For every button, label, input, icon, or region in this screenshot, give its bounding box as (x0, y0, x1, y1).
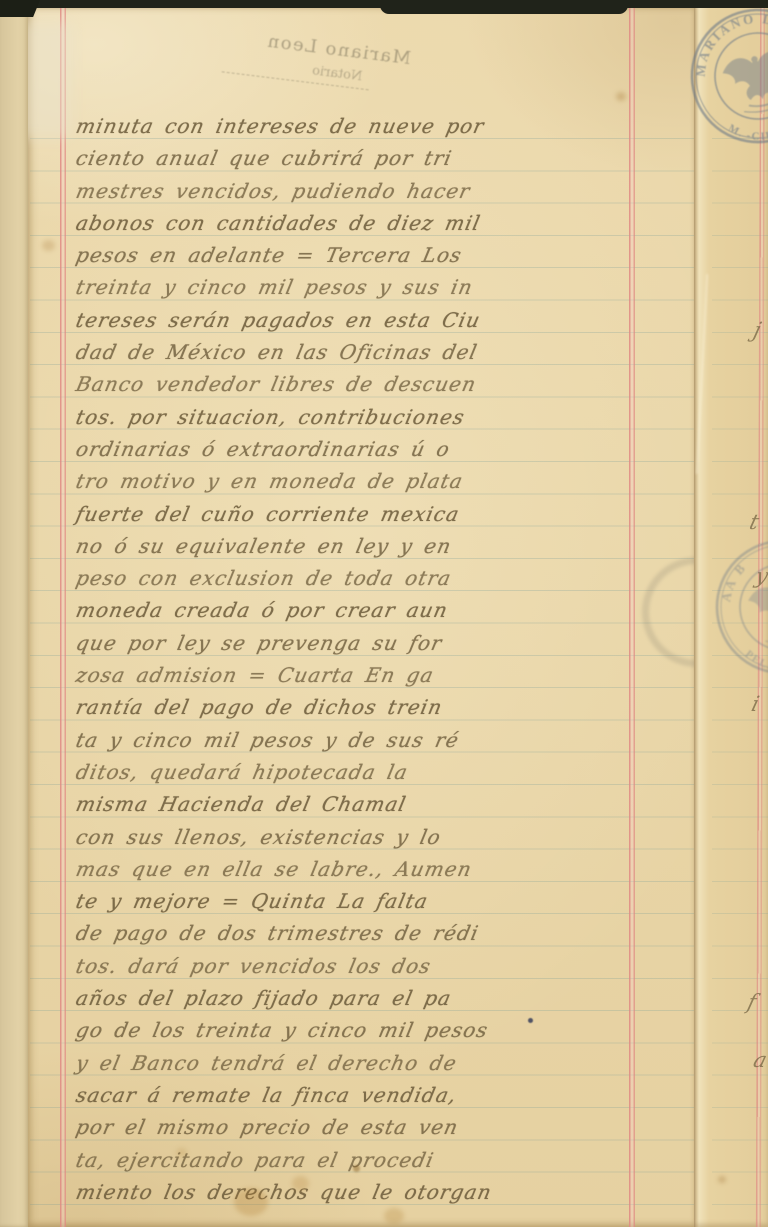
text-line: miento los derechos que le otorgan (72, 1180, 659, 1212)
stain-spot (353, 1165, 360, 1172)
stain-spot (718, 1176, 726, 1183)
text-line: años del plazo fijado para el pa (72, 986, 659, 1018)
text-line: misma Hacienda del Chamal (72, 792, 659, 824)
margin-line-left (60, 8, 67, 1227)
text-line: mas que en ella se labre., Aumen (72, 857, 659, 889)
stain-spot (292, 1176, 309, 1191)
text-line: rantía del pago de dichos trein (72, 695, 659, 727)
stain-spot (42, 240, 55, 251)
text-line: no ó su equivalente en ley y en (72, 534, 659, 566)
text-line: ta y cinco mil pesos y de sus ré (72, 728, 659, 760)
handwritten-text-block: minuta con intereses de nueve por ciento… (72, 114, 652, 1212)
ghost-stamp-text: Mariano Leon Notario (174, 20, 412, 127)
text-line: tos. por situacion, contribuciones (72, 405, 659, 437)
left-page-edge (0, 7, 30, 1227)
text-line: dad de México en las Oficinas del (72, 340, 659, 372)
text-line: tro motivo y en moneda de plata (72, 469, 659, 501)
stain-spot (176, 1148, 187, 1157)
text-line: mestres vencidos, pudiendo hacer (72, 179, 659, 211)
text-line: pesos en adelante = Tercera Los (72, 243, 659, 275)
stain-spot (616, 92, 626, 101)
text-line: ordinarias ó extraordinarias ú o (72, 437, 659, 469)
text-line: treinta y cinco mil pesos y sus in (72, 275, 659, 307)
text-line: ditos, quedará hipotecada la (72, 760, 659, 792)
text-line: sacar á remate la finca vendida, (72, 1083, 659, 1115)
svg-text:M. -CIUDAD: M. -CIUDAD (724, 108, 768, 150)
text-line: peso con exclusion de toda otra (72, 566, 659, 598)
svg-text:AA B: AA B (714, 558, 753, 604)
seal-arc-bottom-text: M. -CIUDAD (724, 108, 768, 150)
text-line: tereses serán pagados en esta Ciu (72, 308, 659, 340)
text-line: ciento anual que cubrirá por tri (72, 146, 659, 178)
text-line: moneda creada ó por crear aun (72, 598, 659, 630)
text-line: tos. dará por vencidos los dos (72, 954, 659, 986)
text-line: go de los treinta y cinco mil pesos (72, 1018, 659, 1050)
text-line: ta, ejercitando para el procedi (72, 1148, 659, 1180)
text-line: te y mejore = Quinta La falta (72, 889, 659, 921)
text-line: fuerte del cuño corriente mexica (72, 502, 659, 534)
seal-arc-top-text: AA B (714, 558, 753, 604)
scan-top-edge (380, 0, 628, 14)
text-line: que por ley se prevenga su for (72, 631, 659, 663)
text-line: con sus llenos, existencias y lo (72, 825, 659, 857)
stain-spot (528, 1018, 533, 1023)
text-line: minuta con intereses de nueve por (72, 114, 659, 146)
stain-spot (234, 1188, 268, 1216)
text-line: y el Banco tendrá el derecho de (72, 1051, 659, 1083)
text-line: de pago de dos trimestres de rédi (72, 921, 659, 953)
text-line: Banco vendedor libres de descuen (72, 372, 659, 404)
stain-spot (28, 22, 72, 138)
manuscript-scan: Mariano Leon Notario minuta con interese… (0, 0, 768, 1227)
text-line: por el mismo precio de esta ven (72, 1115, 659, 1147)
fold-crease (696, 274, 708, 474)
stain-spot (384, 1208, 404, 1224)
eagle-emblem-icon (747, 582, 768, 646)
manuscript-page: Mariano Leon Notario minuta con interese… (28, 8, 696, 1227)
text-line: zosa admision = Cuarta En ga (72, 663, 659, 695)
scan-top-edge (0, 0, 40, 17)
text-line: abonos con cantidades de diez mil (72, 211, 659, 243)
